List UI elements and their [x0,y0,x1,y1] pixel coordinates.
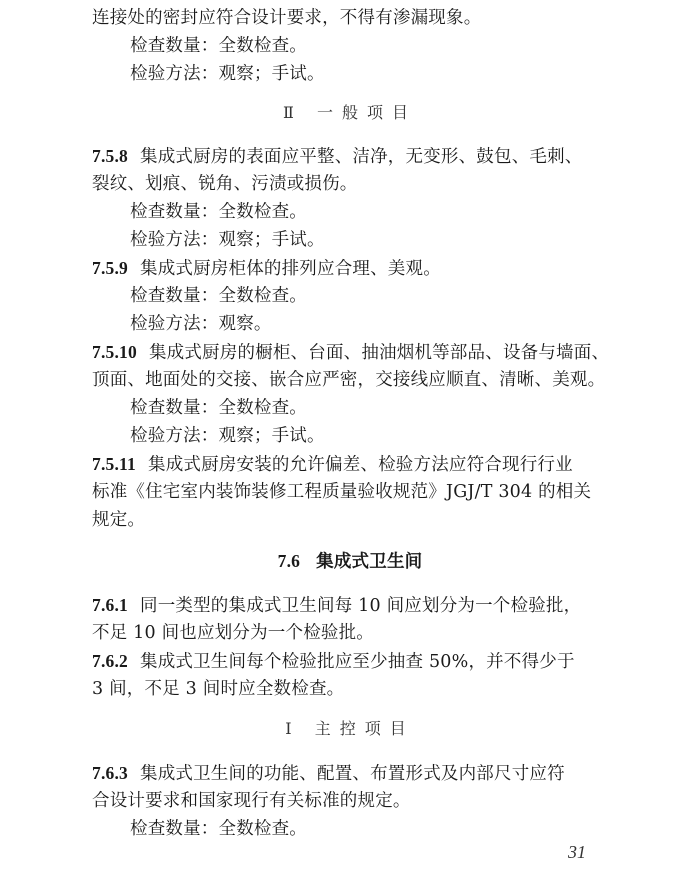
inspection-quantity: 检查数量：全数检查。 [130,817,650,841]
clause-text-continuation: 顶面、地面处的交接、嵌合应严密，交接线应顺直、清晰、美观。 [92,368,612,392]
clause-7-6-3: 7.6.3集成式卫生间的功能、配置、布置形式及内部尺寸应符 [92,761,612,786]
section-heading-7-6: 7.6集成式卫生间 [0,549,700,574]
clause-text-continuation: 标准《住宅室内装饰装修工程质量验收规范》JGJ/T 304 的相关 [92,480,612,504]
clause-number: 7.5.9 [92,258,128,278]
clause-text-continuation: 3 间，不足 3 间时应全数检查。 [92,677,612,701]
clause-number: 7.6.3 [92,763,128,783]
clause-number: 7.5.10 [92,342,137,362]
clause-text: 集成式厨房安装的允许偏差、检验方法应符合现行行业 [148,455,573,475]
inspection-method: 检验方法：观察；手试。 [130,424,650,448]
inspection-quantity: 检查数量：全数检查。 [130,284,650,308]
clause-text-continuation: 规定。 [92,508,612,532]
inspection-method: 检验方法：观察；手试。 [130,228,650,252]
subsection-heading-general-items: Ⅱ 一般项目 [0,101,700,125]
inspection-quantity: 检查数量：全数检查。 [130,34,650,58]
section-number: 7.6 [278,551,300,571]
subsection-heading-main-control-items: Ⅰ 主控项目 [0,717,700,741]
clause-text: 集成式卫生间的功能、配置、布置形式及内部尺寸应符 [140,764,565,784]
paragraph-line: 连接处的密封应符合设计要求，不得有渗漏现象。 [92,6,612,30]
clause-7-5-8: 7.5.8集成式厨房的表面应平整、洁净，无变形、鼓包、毛刺、 [92,144,612,169]
clause-number: 7.6.2 [92,651,128,671]
clause-number: 7.5.8 [92,146,128,166]
inspection-quantity: 检查数量：全数检查。 [130,396,650,420]
clause-7-6-1: 7.6.1同一类型的集成式卫生间每 10 间应划分为一个检验批， [92,593,612,618]
clause-7-6-2: 7.6.2集成式卫生间每个检验批应至少抽查 50%，并不得少于 [92,649,612,674]
clause-7-5-9: 7.5.9集成式厨房柜体的排列应合理、美观。 [92,256,612,281]
clause-7-5-10: 7.5.10集成式厨房的橱柜、台面、抽油烟机等部品、设备与墙面、 [92,340,612,365]
clause-text: 集成式厨房的表面应平整、洁净，无变形、鼓包、毛刺、 [140,147,583,167]
clause-text-continuation: 不足 10 间也应划分为一个检验批。 [92,621,612,645]
inspection-method: 检验方法：观察。 [130,312,650,336]
clause-text-continuation: 裂纹、划痕、锐角、污渍或损伤。 [92,172,612,196]
clause-text: 集成式厨房柜体的排列应合理、美观。 [140,259,441,279]
clause-7-5-11: 7.5.11集成式厨房安装的允许偏差、检验方法应符合现行行业 [92,452,612,477]
section-title: 集成式卫生间 [316,552,422,572]
clause-text: 集成式卫生间每个检验批应至少抽查 50%，并不得少于 [140,652,575,672]
clause-text: 同一类型的集成式卫生间每 10 间应划分为一个检验批， [140,596,581,616]
clause-text: 集成式厨房的橱柜、台面、抽油烟机等部品、设备与墙面、 [149,343,609,363]
inspection-method: 检验方法：观察；手试。 [130,62,650,86]
page-number: 31 [568,842,586,863]
clause-number: 7.5.11 [92,454,136,474]
clause-text-continuation: 合设计要求和国家现行有关标准的规定。 [92,789,612,813]
clause-number: 7.6.1 [92,595,128,615]
inspection-quantity: 检查数量：全数检查。 [130,200,650,224]
